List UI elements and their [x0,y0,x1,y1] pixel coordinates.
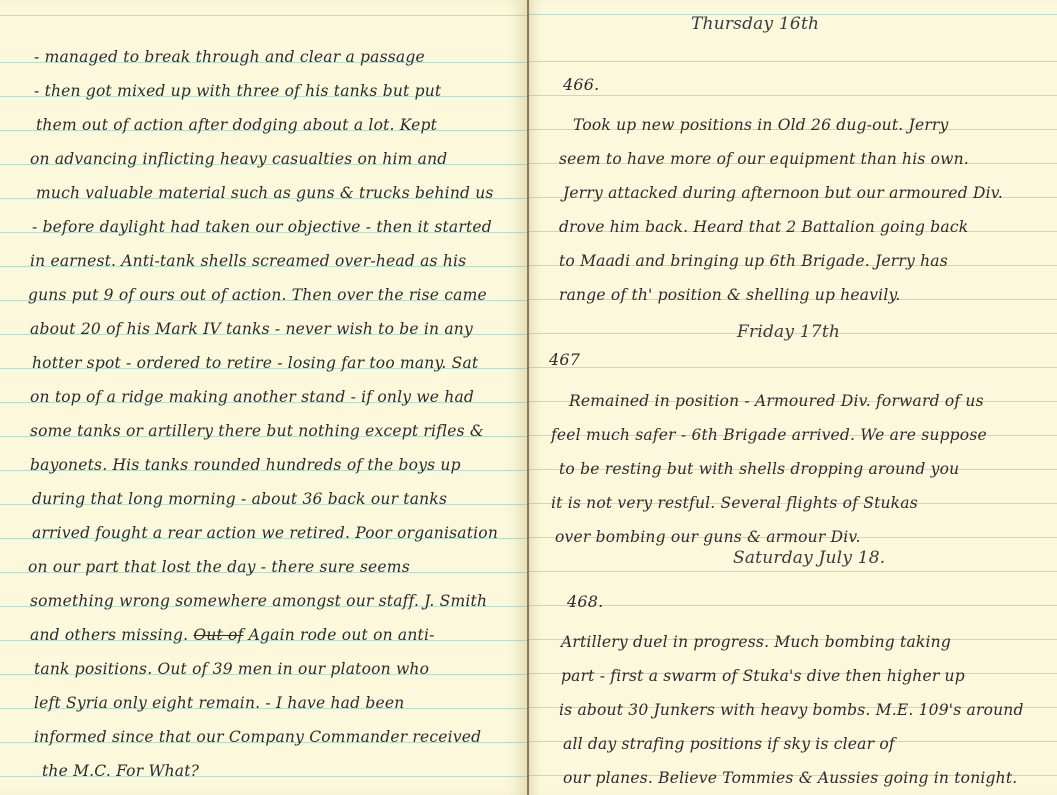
diary-line: Remained in position - Armoured Div. for… [569,392,984,410]
diary-line: it is not very restful. Several flights … [551,494,918,512]
diary-line: about 20 of his Mark IV tanks - never wi… [30,320,473,338]
entry-date-heading: Saturday July 18. [733,548,885,568]
diary-line: much valuable material such as guns & tr… [36,184,494,202]
diary-line: hotter spot - ordered to retire - losing… [32,354,478,372]
diary-line: on advancing inflicting heavy casualties… [30,150,447,168]
diary-line: and others missing. Out of Again rode ou… [30,626,435,644]
diary-line: to be resting but with shells dropping a… [559,460,959,478]
diary-line: all day strafing positions if sky is cle… [563,735,895,753]
diary-line: the M.C. For What? [42,762,199,780]
diary-left-page: - managed to break through and clear a p… [0,0,527,795]
diary-line: tank positions. Out of 39 men in our pla… [34,660,429,678]
diary-line: in earnest. Anti-tank shells screamed ov… [30,252,466,270]
diary-line: - before daylight had taken our objectiv… [32,218,492,236]
diary-line: to Maadi and bringing up 6th Brigade. Je… [559,252,948,270]
diary-line: drove him back. Heard that 2 Battalion g… [559,218,968,236]
diary-line: our planes. Believe Tommies & Aussies go… [563,769,1017,787]
diary-line: arrived fought a rear action we retired.… [32,524,498,542]
diary-line: Artillery duel in progress. Much bombing… [561,633,951,651]
diary-line: range of th' position & shelling up heav… [559,286,901,304]
diary-line: left Syria only eight remain. - I have h… [34,694,404,712]
entry-number: 467 [549,350,580,369]
diary-line: is about 30 Junkers with heavy bombs. M.… [559,701,1024,719]
diary-line: during that long morning - about 36 back… [32,490,447,508]
diary-line: feel much safer - 6th Brigade arrived. W… [551,426,987,444]
struck-out-text: Out of [193,626,243,644]
entry-number: 466. [563,75,599,94]
diary-line: - then got mixed up with three of his ta… [34,82,441,100]
diary-line: them out of action after dodging about a… [36,116,437,134]
diary-right-page: Thursday 16th466.Took up new positions i… [529,0,1057,795]
diary-line: Jerry attacked during afternoon but our … [563,184,1003,202]
diary-line: on our part that lost the day - there su… [28,558,410,576]
diary-line: part - first a swarm of Stuka's dive the… [561,667,965,685]
diary-line: guns put 9 of ours out of action. Then o… [28,286,487,304]
entry-number: 468. [567,592,603,611]
entry-date-heading: Thursday 16th [691,14,819,34]
diary-line: over bombing our guns & armour Div. [555,528,861,546]
entry-date-heading: Friday 17th [737,322,840,342]
diary-line: bayonets. His tanks rounded hundreds of … [30,456,461,474]
diary-line: seem to have more of our equipment than … [559,150,969,168]
diary-line: Took up new positions in Old 26 dug-out.… [573,116,949,134]
diary-spread: - managed to break through and clear a p… [0,0,1057,795]
diary-line: informed since that our Company Commande… [34,728,481,746]
diary-line: something wrong somewhere amongst our st… [30,592,487,610]
diary-line: some tanks or artillery there but nothin… [30,422,484,440]
diary-line: - managed to break through and clear a p… [34,48,425,66]
diary-line: on top of a ridge making another stand -… [30,388,474,406]
